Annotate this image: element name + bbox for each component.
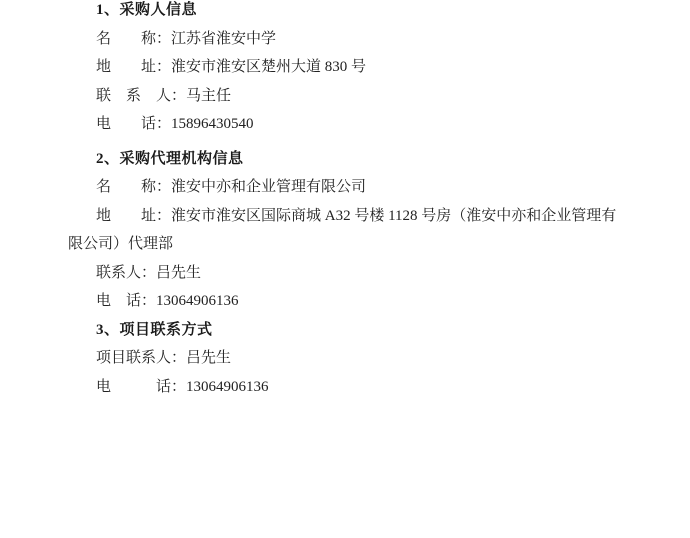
field-label: 地 址： (96, 208, 171, 224)
section-heading-purchaser-info: 1、采购人信息 (68, 0, 624, 25)
field-label: 联系人： (96, 265, 156, 281)
section-heading-agency-info: 2、采购代理机构信息 (68, 145, 624, 174)
field-value: 13064906136 (186, 379, 269, 395)
field-label: 项目联系人： (96, 350, 186, 366)
field-value: 淮安市淮安区楚州大道 830 号 (171, 59, 366, 75)
document-page: 1、采购人信息 名 称：江苏省淮安中学 地 址：淮安市淮安区楚州大道 830 号… (0, 0, 690, 401)
field-value: 马主任 (186, 88, 231, 104)
field-value: 吕先生 (156, 265, 201, 281)
field-line-project-contact: 项目联系人：吕先生 (68, 344, 624, 373)
field-label: 地 址： (96, 59, 171, 75)
field-label: 电 话： (96, 379, 186, 395)
field-line-purchaser-name: 名 称：江苏省淮安中学 (68, 25, 624, 54)
field-line-agency-address: 地 址：淮安市淮安区国际商城 A32 号楼 1128 号房（淮安中亦和企业管理有… (68, 202, 624, 259)
field-line-purchaser-address: 地 址：淮安市淮安区楚州大道 830 号 (68, 53, 624, 82)
field-line-purchaser-contact: 联 系 人：马主任 (68, 82, 624, 111)
section-heading-project-contact: 3、项目联系方式 (68, 316, 624, 345)
heading-text: 3、项目联系方式 (96, 322, 213, 338)
heading-text: 2、采购代理机构信息 (96, 151, 244, 167)
field-value: 13064906136 (156, 293, 239, 309)
field-line-purchaser-phone: 电 话：15896430540 (68, 110, 624, 139)
field-label: 电 话： (96, 293, 156, 309)
field-label: 名 称： (96, 31, 171, 47)
field-line-project-phone: 电 话：13064906136 (68, 373, 624, 402)
field-line-agency-name: 名 称：淮安中亦和企业管理有限公司 (68, 173, 624, 202)
field-label: 联 系 人： (96, 88, 186, 104)
field-value: 江苏省淮安中学 (171, 31, 276, 47)
heading-text: 1、采购人信息 (96, 2, 197, 18)
field-line-agency-contact: 联系人：吕先生 (68, 259, 624, 288)
field-value: 淮安中亦和企业管理有限公司 (171, 179, 366, 195)
field-label: 电 话： (96, 116, 171, 132)
field-line-agency-phone: 电 话：13064906136 (68, 287, 624, 316)
field-value: 吕先生 (186, 350, 231, 366)
field-label: 名 称： (96, 179, 171, 195)
field-value: 15896430540 (171, 116, 254, 132)
